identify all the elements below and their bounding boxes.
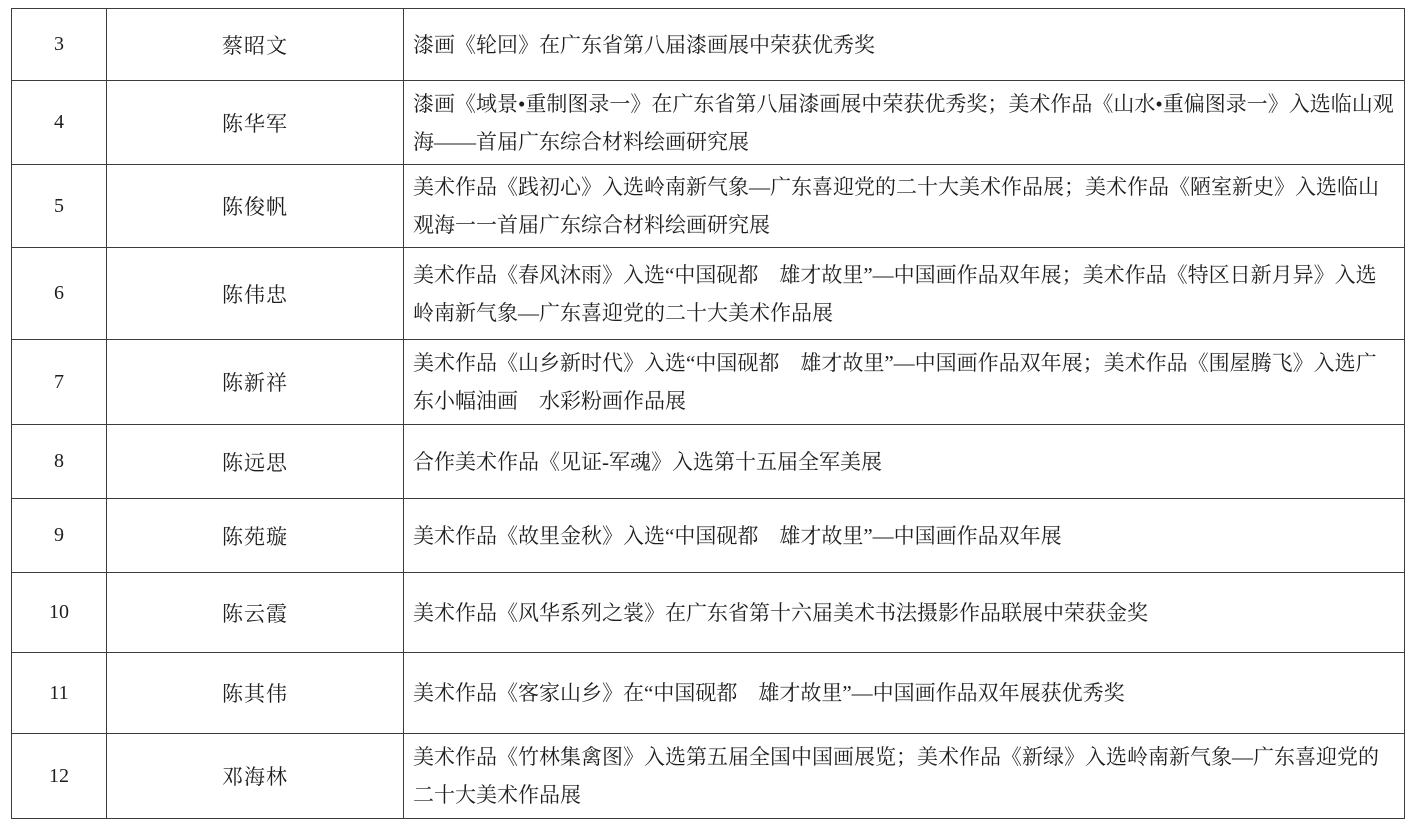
row-index-cell: 8 [12,425,107,499]
achievement-desc-cell: 美术作品《竹林集禽图》入选第五届全国中国画展览；美术作品《新绿》入选岭南新气象—… [404,734,1405,819]
achievement-desc-cell: 合作美术作品《见证-军魂》入选第十五届全军美展 [404,425,1405,499]
artist-name-cell: 邓海林 [107,734,404,819]
achievements-table: 3 蔡昭文 漆画《轮回》在广东省第八届漆画展中荣获优秀奖 4 陈华军 漆画《域景… [11,8,1405,819]
row-index-cell: 10 [12,573,107,653]
artist-name-cell: 陈苑璇 [107,499,404,573]
artist-name-cell: 陈其伟 [107,653,404,734]
row-index-cell: 6 [12,248,107,340]
row-index-cell: 3 [12,9,107,81]
artist-name-cell: 陈华军 [107,81,404,165]
table-row: 9 陈苑璇 美术作品《故里金秋》入选“中国砚都 雄才故里”—中国画作品双年展 [12,499,1405,573]
artist-name-cell: 陈伟忠 [107,248,404,340]
artist-name-cell: 陈俊帆 [107,165,404,248]
table-row: 12 邓海林 美术作品《竹林集禽图》入选第五届全国中国画展览；美术作品《新绿》入… [12,734,1405,819]
row-index-cell: 9 [12,499,107,573]
achievement-desc-cell: 美术作品《践初心》入选岭南新气象—广东喜迎党的二十大美术作品展；美术作品《陋室新… [404,165,1405,248]
table-row: 10 陈云霞 美术作品《风华系列之裳》在广东省第十六届美术书法摄影作品联展中荣获… [12,573,1405,653]
achievement-desc-cell: 美术作品《客家山乡》在“中国砚都 雄才故里”—中国画作品双年展获优秀奖 [404,653,1405,734]
achievement-desc-cell: 漆画《轮回》在广东省第八届漆画展中荣获优秀奖 [404,9,1405,81]
artist-name-cell: 陈远思 [107,425,404,499]
row-index-cell: 11 [12,653,107,734]
table-row: 11 陈其伟 美术作品《客家山乡》在“中国砚都 雄才故里”—中国画作品双年展获优… [12,653,1405,734]
achievement-desc-cell: 美术作品《山乡新时代》入选“中国砚都 雄才故里”—中国画作品双年展；美术作品《围… [404,340,1405,425]
artist-name-cell: 蔡昭文 [107,9,404,81]
achievement-desc-cell: 漆画《域景•重制图录一》在广东省第八届漆画展中荣获优秀奖；美术作品《山水•重偏图… [404,81,1405,165]
table-row: 4 陈华军 漆画《域景•重制图录一》在广东省第八届漆画展中荣获优秀奖；美术作品《… [12,81,1405,165]
row-index-cell: 5 [12,165,107,248]
table-row: 6 陈伟忠 美术作品《春风沐雨》入选“中国砚都 雄才故里”—中国画作品双年展；美… [12,248,1405,340]
row-index-cell: 7 [12,340,107,425]
table-row: 5 陈俊帆 美术作品《践初心》入选岭南新气象—广东喜迎党的二十大美术作品展；美术… [12,165,1405,248]
table-row: 8 陈远思 合作美术作品《见证-军魂》入选第十五届全军美展 [12,425,1405,499]
document-page: 3 蔡昭文 漆画《轮回》在广东省第八届漆画展中荣获优秀奖 4 陈华军 漆画《域景… [0,0,1420,826]
artist-name-cell: 陈云霞 [107,573,404,653]
achievement-desc-cell: 美术作品《故里金秋》入选“中国砚都 雄才故里”—中国画作品双年展 [404,499,1405,573]
table-row: 7 陈新祥 美术作品《山乡新时代》入选“中国砚都 雄才故里”—中国画作品双年展；… [12,340,1405,425]
artist-name-cell: 陈新祥 [107,340,404,425]
row-index-cell: 12 [12,734,107,819]
achievement-desc-cell: 美术作品《春风沐雨》入选“中国砚都 雄才故里”—中国画作品双年展；美术作品《特区… [404,248,1405,340]
table-row: 3 蔡昭文 漆画《轮回》在广东省第八届漆画展中荣获优秀奖 [12,9,1405,81]
row-index-cell: 4 [12,81,107,165]
achievement-desc-cell: 美术作品《风华系列之裳》在广东省第十六届美术书法摄影作品联展中荣获金奖 [404,573,1405,653]
